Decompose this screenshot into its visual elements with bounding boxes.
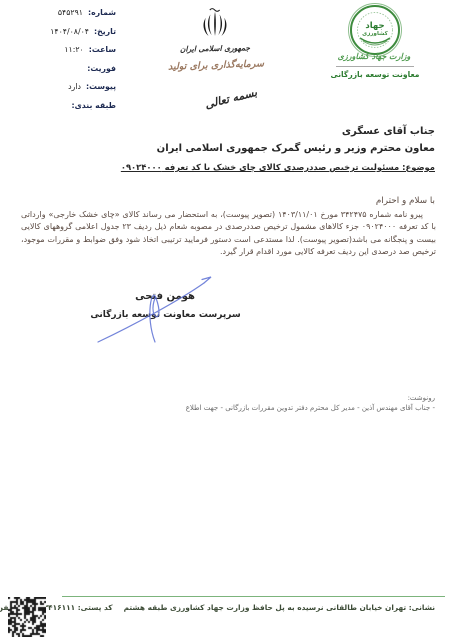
- seal-wheat-icon: [352, 7, 398, 53]
- country-calligraphy: جمهوری اسلامی ایران: [155, 43, 275, 54]
- recipient-name: جناب آقای عسگری: [342, 126, 435, 137]
- iran-national-emblem-icon: [194, 6, 236, 44]
- header-divider: [336, 66, 414, 67]
- recipient-title: معاون محترم وزیر و رئیس گمرک جمهوری اسلا…: [157, 143, 435, 154]
- footer-contact-bar: نشانی: تهران خیابان طالقانی نرسیده به پل…: [0, 603, 435, 612]
- classification-label: طبقه بندی:: [72, 101, 116, 110]
- number-label: شماره:: [88, 8, 116, 17]
- department-name: معاونت توسعه بازرگانی: [326, 70, 424, 79]
- cc-item: - جناب آقای مهندس آذین - مدیر کل محترم د…: [186, 404, 435, 412]
- letter-page: شماره: ۵۴۵۲۹۱ تاریخ: ۱۴۰۴/۰۸/۰۴ ساعت: ۱۱…: [0, 0, 450, 640]
- subject-line: موضوع: مسئولیت ترخیص صددرصدی کالای چای خ…: [121, 162, 435, 172]
- letter-meta-block: شماره: ۵۴۵۲۹۱ تاریخ: ۱۴۰۴/۰۸/۰۴ ساعت: ۱۱…: [12, 8, 116, 120]
- letter-body-paragraph: پیرو نامه شماره ۳۴۲۴۷۵ مورخ ۱۴۰۳/۱۱/۰۱ (…: [21, 209, 436, 259]
- time-label: ساعت:: [89, 45, 116, 54]
- date-label: تاریخ:: [94, 27, 116, 36]
- meta-row-urgency: فوریت:: [12, 64, 116, 83]
- jahad-keshavarzi-seal-icon: جهاد کشاورزی: [350, 5, 400, 55]
- cc-label: رونوشت:: [408, 394, 435, 402]
- meta-row-classification: طبقه بندی:: [12, 101, 116, 120]
- meta-row-time: ساعت: ۱۱:۲۰: [12, 45, 116, 64]
- attachment-label: پیوست:: [86, 82, 116, 91]
- qr-code: [8, 597, 46, 637]
- meta-row-attachment: پیوست: دارد: [12, 82, 116, 101]
- handwritten-signature-icon: [92, 268, 227, 350]
- number-value: ۵۴۵۲۹۱: [58, 8, 83, 17]
- ministry-name-calligraphy: وزارت جهاد کشاورزی: [330, 52, 418, 61]
- time-value: ۱۱:۲۰: [64, 45, 83, 54]
- postal-label: کد پستی:: [78, 603, 113, 612]
- date-value: ۱۴۰۴/۰۸/۰۴: [50, 27, 89, 36]
- meta-row-date: تاریخ: ۱۴۰۴/۰۸/۰۴: [12, 27, 116, 46]
- signer-name: هومن فتحی: [110, 291, 220, 302]
- attachment-value: دارد: [68, 82, 81, 91]
- bismillah-calligraphy: بسمه تعالی: [195, 84, 266, 114]
- signer-title: سرپرست معاونت توسعه بازرگانی: [88, 310, 243, 320]
- footer-address: نشانی: تهران خیابان طالقانی نرسیده به پل…: [124, 603, 435, 612]
- urgency-label: فوریت:: [87, 64, 116, 73]
- salutation: با سلام و احترام: [376, 196, 435, 206]
- footer-divider: [62, 596, 445, 597]
- year-slogan-calligraphy: سرمایه‌گذاری برای تولید: [152, 58, 280, 73]
- meta-row-number: شماره: ۵۴۵۲۹۱: [12, 8, 116, 27]
